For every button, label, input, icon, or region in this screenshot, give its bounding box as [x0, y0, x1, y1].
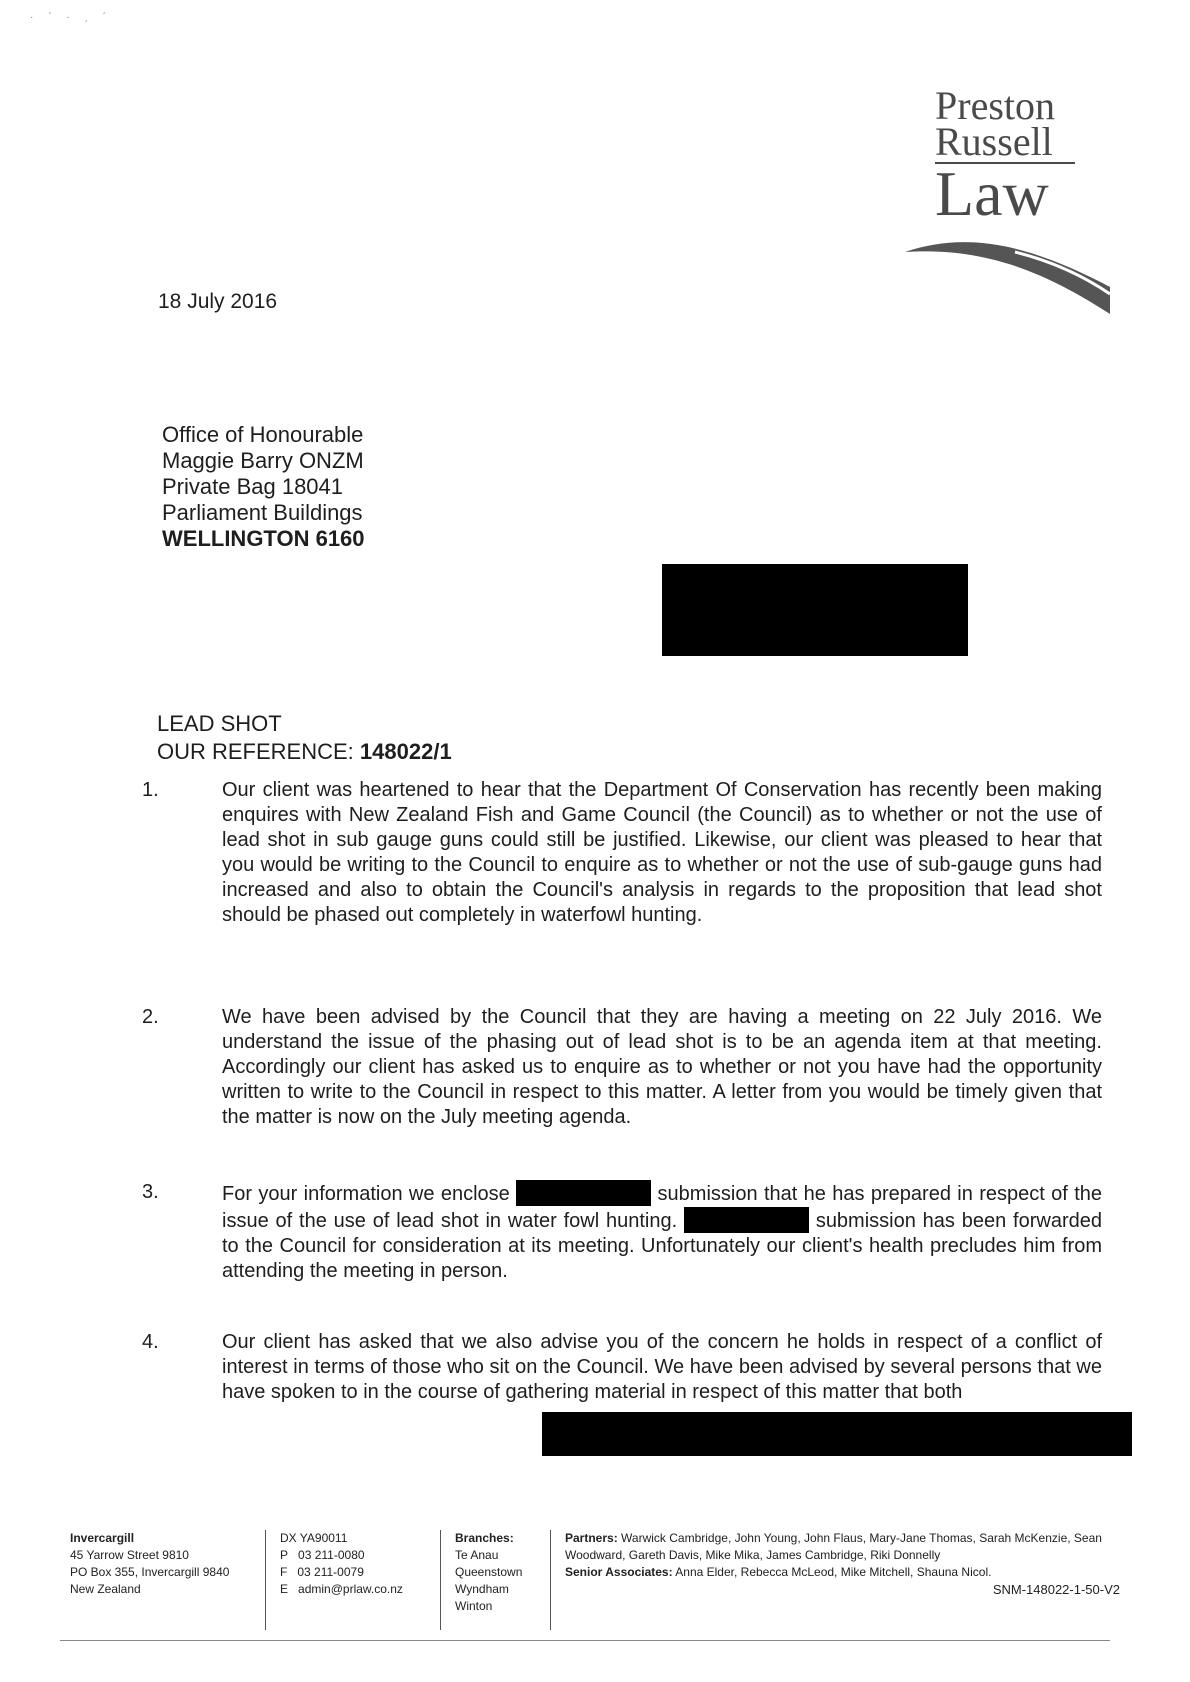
phone-number: 03 211-0080 — [298, 1548, 365, 1562]
paragraph-text: Our client has asked that we also advise… — [222, 1330, 1102, 1405]
reference-label: OUR REFERENCE: — [157, 739, 354, 764]
paragraph-text: Our client was heartened to hear that th… — [222, 778, 1102, 928]
branches-label: Branches: — [455, 1531, 514, 1545]
paragraph-number: 4. — [142, 1330, 159, 1355]
address-city: WELLINGTON 6160 — [162, 526, 365, 552]
address-line: Parliament Buildings — [162, 500, 365, 526]
document-reference: SNM-148022-1-50-V2 — [565, 1581, 1120, 1598]
branch-item: Winton — [455, 1598, 545, 1615]
paragraph-number: 1. — [142, 778, 159, 803]
associates-label: Senior Associates: — [565, 1565, 673, 1579]
branch-item: Te Anau — [455, 1547, 545, 1564]
contact-dx: DX YA90011 — [280, 1530, 440, 1547]
email-address[interactable]: admin@prlaw.co.nz — [298, 1582, 403, 1596]
recipient-address: Office of Honourable Maggie Barry ONZM P… — [162, 422, 365, 552]
redaction-inline — [516, 1180, 651, 1206]
office-po-box: PO Box 355, Invercargill 9840 — [70, 1564, 260, 1581]
phone-label: P — [280, 1548, 288, 1562]
scan-marks: · ˊ · ˏ ˊ — [30, 12, 112, 23]
subject-title: LEAD SHOT — [157, 710, 452, 738]
paragraph-number: 2. — [142, 1005, 159, 1030]
paragraph-4: 4. Our client has asked that we also adv… — [142, 1330, 1102, 1405]
footer-divider — [440, 1530, 441, 1630]
subject-block: LEAD SHOT OUR REFERENCE: 148022/1 — [157, 710, 452, 766]
paragraph-3: 3. For your information we enclose submi… — [142, 1180, 1102, 1284]
paragraph-text: For your information we enclose — [222, 1183, 510, 1205]
partners-label: Partners: — [565, 1531, 618, 1545]
address-line: Private Bag 18041 — [162, 474, 365, 500]
footer-divider — [265, 1530, 266, 1630]
footer-branches: Branches: Te Anau Queenstown Wyndham Win… — [455, 1530, 545, 1615]
paragraph-number: 3. — [142, 1180, 159, 1205]
reference-value: 148022/1 — [360, 739, 452, 764]
address-line: Maggie Barry ONZM — [162, 448, 365, 474]
partners-list: Warwick Cambridge, John Young, John Flau… — [565, 1531, 1102, 1562]
footer-contact: DX YA90011 P 03 211-0080 F 03 211-0079 E… — [280, 1530, 440, 1598]
office-country: New Zealand — [70, 1581, 260, 1598]
logo-swoosh-icon — [905, 232, 1115, 317]
associates-list: Anna Elder, Rebecca McLeod, Mike Mitchel… — [675, 1565, 991, 1579]
logo-line-law: Law — [935, 162, 1075, 224]
fax-number: 03 211-0079 — [297, 1565, 364, 1579]
redaction-block — [542, 1412, 1132, 1456]
email-label: E — [280, 1582, 288, 1596]
paragraph-1: 1. Our client was heartened to hear that… — [142, 778, 1102, 928]
branch-item: Wyndham — [455, 1581, 545, 1598]
footer-rule — [60, 1640, 1110, 1641]
footer-people: Partners: Warwick Cambridge, John Young,… — [565, 1530, 1120, 1598]
redaction-inline — [684, 1207, 809, 1233]
fax-label: F — [280, 1565, 287, 1579]
logo-line-russell: Russell — [935, 124, 1105, 160]
address-line: Office of Honourable — [162, 422, 365, 448]
paragraph-2: 2. We have been advised by the Council t… — [142, 1005, 1102, 1130]
branch-item: Queenstown — [455, 1564, 545, 1581]
paragraph-text: We have been advised by the Council that… — [222, 1005, 1102, 1130]
footer-office: Invercargill 45 Yarrow Street 9810 PO Bo… — [70, 1530, 260, 1598]
firm-logo: Preston Russell Law — [935, 88, 1105, 224]
footer-divider — [550, 1530, 551, 1630]
office-city: Invercargill — [70, 1531, 134, 1545]
redaction-block — [662, 564, 968, 656]
letter-date: 18 July 2016 — [158, 290, 277, 314]
office-street: 45 Yarrow Street 9810 — [70, 1547, 260, 1564]
